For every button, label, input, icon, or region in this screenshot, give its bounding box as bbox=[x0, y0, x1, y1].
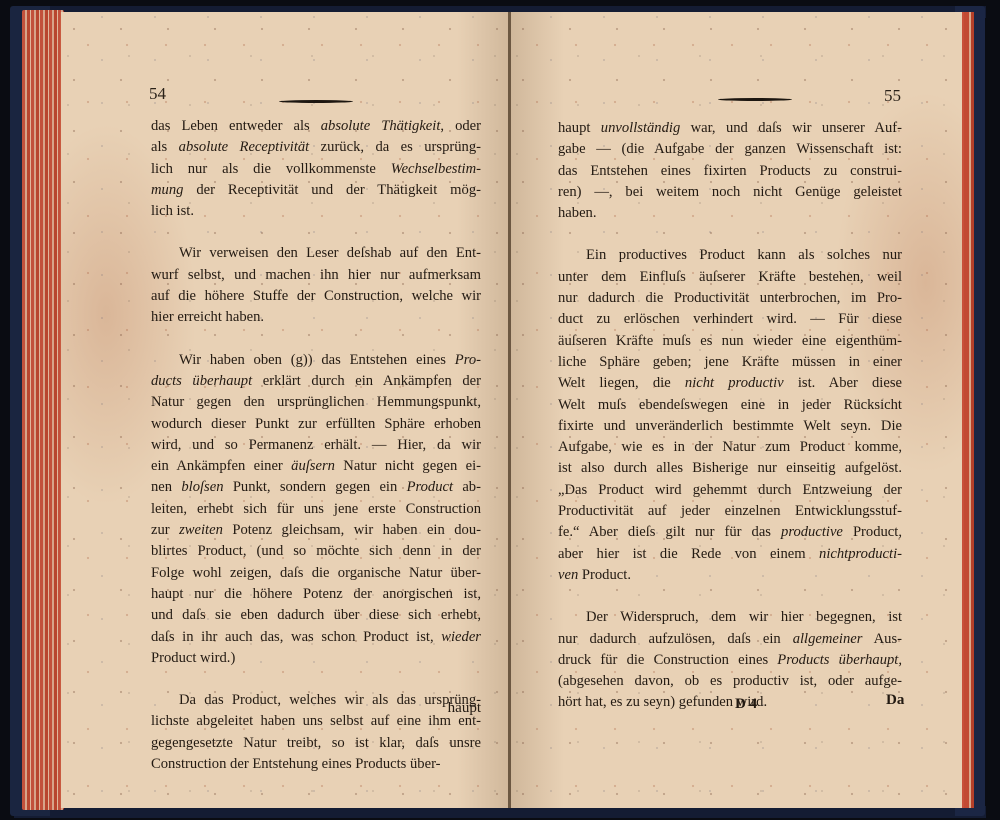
text-run: nur dadurch aufzulösen, daſs ein bbox=[558, 631, 793, 647]
text-run: äuſseren Kräfte muſs es nun wieder eine … bbox=[558, 333, 902, 349]
text-line: nur dadurch die Productivität unterbroch… bbox=[558, 288, 902, 309]
text-run: auf die höhere Stuffe der Construction, … bbox=[151, 288, 481, 304]
text-run: druck für die Construction eines bbox=[558, 652, 777, 668]
text-line: Natur gegen den ursprünglichen Hemmungsp… bbox=[151, 392, 481, 413]
text-run: gegengesetzte Natur treibt, so ist klar,… bbox=[151, 735, 481, 751]
text-line: gabe — (die Aufgabe der ganzen Wissensch… bbox=[558, 139, 902, 160]
paragraph: das Leben entweder als absolute Thätigke… bbox=[151, 116, 481, 222]
text-run: ist. Aber diese bbox=[784, 375, 902, 391]
text-run: lich ist. bbox=[151, 203, 194, 219]
text-run: wodurch dieser Punkt zur erfüllten Sphär… bbox=[151, 416, 481, 432]
text-run: nen bbox=[151, 479, 181, 495]
text-run: Welt muſs ebendeſswegen eine in jeder Rü… bbox=[558, 397, 902, 413]
text-line: daſs in ihr auch das, was schon Product … bbox=[151, 627, 481, 648]
paragraph: Der Widerspruch, dem wir hier begegnen, … bbox=[558, 607, 902, 713]
italic-run: bloſsen bbox=[181, 479, 223, 495]
text-run: leiten, erhebt sich für uns jene erste C… bbox=[151, 501, 481, 517]
text-line: aber hier ist die Rede von einem nichtpr… bbox=[558, 544, 902, 565]
text-run: Folge wohl zeigen, daſs die organische N… bbox=[151, 565, 481, 581]
text-line: Aufgabe, wie es in der Natur zum Product… bbox=[558, 437, 902, 458]
text-line: Folge wohl zeigen, daſs die organische N… bbox=[151, 563, 481, 584]
text-line: hier erreicht haben. bbox=[151, 307, 481, 328]
italic-run: Wechselbestim- bbox=[391, 161, 481, 177]
text-line: Construction der Entstehung eines Produc… bbox=[151, 754, 481, 775]
text-line: ist also durch alles Bisherige nur einse… bbox=[558, 458, 902, 479]
text-line: Product wird.) bbox=[151, 648, 481, 669]
text-run: Punkt, sondern gegen ein bbox=[224, 479, 407, 495]
catchword: Da bbox=[886, 692, 904, 709]
text-line: fixirte und unveränderlich bestimmte Wel… bbox=[558, 416, 902, 437]
italic-run: zweiten bbox=[179, 522, 223, 538]
text-run: ren) —, bei weitem noch nicht Genüge gel… bbox=[558, 184, 902, 200]
text-run: haupt bbox=[558, 120, 601, 136]
italic-run: absolute Thätigkeit bbox=[321, 118, 441, 134]
text-run: „Das Product wird gehemmt durch Entzweiu… bbox=[558, 482, 902, 498]
text-run: und daſs sie eben dadurch über diese sic… bbox=[151, 607, 481, 623]
header-rule bbox=[279, 100, 353, 103]
text-line: Ein productives Product kann als solches… bbox=[558, 245, 902, 266]
text-line: ven Product. bbox=[558, 565, 902, 586]
paragraph: Wir haben oben (g)) das Entstehen eines … bbox=[151, 350, 481, 669]
text-run: gabe — (die Aufgabe der ganzen Wissensch… bbox=[558, 141, 902, 157]
italic-run: ducts überhaupt bbox=[151, 373, 252, 389]
text-line: wodurch dieser Punkt zur erfüllten Sphär… bbox=[151, 414, 481, 435]
text-run: Wir haben oben (g)) das Entstehen eines bbox=[179, 352, 455, 368]
text-line: fe.“ Aber dieſs gilt nur für das product… bbox=[558, 522, 902, 543]
italic-run: productive bbox=[781, 524, 843, 540]
italic-run: Pro- bbox=[455, 352, 481, 368]
text-line: wurf selbst, und machen ihn hier nur auf… bbox=[151, 265, 481, 286]
text-line: haben. bbox=[558, 203, 902, 224]
text-run: aber hier ist die Rede von einem bbox=[558, 546, 819, 562]
italic-run: nichtproducti- bbox=[819, 546, 902, 562]
text-run: Product wird.) bbox=[151, 650, 235, 666]
left-page-text: das Leben entweder als absolute Thätigke… bbox=[151, 116, 481, 775]
text-line: „Das Product wird gehemmt durch Entzweiu… bbox=[558, 480, 902, 501]
text-line: mung der Receptivität und der Thätigkeit… bbox=[151, 180, 481, 201]
text-run: das Leben entweder als bbox=[151, 118, 321, 134]
left-page-header: 54 bbox=[61, 84, 511, 114]
text-line: ducts überhaupt erklärt durch ein Ankämp… bbox=[151, 371, 481, 392]
text-line: ren) —, bei weitem noch nicht Genüge gel… bbox=[558, 182, 902, 203]
text-run: Construction der Entstehung eines Produc… bbox=[151, 756, 441, 772]
book-scan: 54 das Leben entweder als absolute Thäti… bbox=[0, 0, 1000, 820]
text-run: Aus- bbox=[862, 631, 902, 647]
text-line: wird, und so Permanenz erhält. — Hier, d… bbox=[151, 435, 481, 456]
text-run: Natur nicht gegen ei- bbox=[335, 458, 481, 474]
italic-run: äuſsern bbox=[291, 458, 335, 474]
text-run: haben. bbox=[558, 205, 597, 221]
text-run: Product, bbox=[843, 524, 902, 540]
text-line: das Entstehen eines fixirten Products zu… bbox=[558, 161, 902, 182]
text-run: ab- bbox=[453, 479, 481, 495]
italic-run: Products überhaupt, bbox=[777, 652, 902, 668]
text-line: blirtes Product, (und so möchte sich den… bbox=[151, 541, 481, 562]
text-run: wurf selbst, und machen ihn hier nur auf… bbox=[151, 267, 481, 283]
text-run: fixirte und unveränderlich bestimmte Wel… bbox=[558, 418, 902, 434]
text-line: lich ist. bbox=[151, 201, 481, 222]
catchword: haupt bbox=[448, 700, 481, 716]
text-run: zurück, da es ursprüng- bbox=[309, 139, 481, 155]
text-run: ist also durch alles Bisherige nur einse… bbox=[558, 460, 902, 476]
text-run: nur dadurch die Productivität unterbroch… bbox=[558, 290, 902, 306]
text-run: der Receptivität und der Thätigkeit mög- bbox=[183, 182, 481, 198]
signature-mark: D 4 bbox=[735, 696, 757, 713]
text-run: liche Sphäre geben; jene Kräfte müssen i… bbox=[558, 354, 902, 370]
page-number: 55 bbox=[884, 86, 901, 106]
text-line: Welt muſs ebendeſswegen eine in jeder Rü… bbox=[558, 395, 902, 416]
paragraph: haupt unvollständig war, und daſs wir un… bbox=[558, 118, 902, 224]
text-run: duct zu erlöschen verhindert wird. — Für… bbox=[558, 311, 902, 327]
text-run: ein Ankämpfen einer bbox=[151, 458, 291, 474]
right-page: 55 haupt unvollständig war, und daſs wir… bbox=[510, 12, 964, 808]
text-run: daſs in ihr auch das, was schon Product … bbox=[151, 629, 441, 645]
text-line: Der Widerspruch, dem wir hier begegnen, … bbox=[558, 607, 902, 628]
text-line: als absolute Receptivität zurück, da es … bbox=[151, 137, 481, 158]
text-run: Wir verweisen den Leser deſshab auf den … bbox=[179, 245, 481, 261]
text-run: Welt liegen, die bbox=[558, 375, 685, 391]
text-run: das Entstehen eines fixirten Products zu… bbox=[558, 163, 902, 179]
text-line: nur dadurch aufzulösen, daſs ein allgeme… bbox=[558, 629, 902, 650]
header-rule bbox=[718, 98, 792, 101]
page-number: 54 bbox=[149, 84, 166, 104]
text-run: Der Widerspruch, dem wir hier begegnen, … bbox=[586, 609, 902, 625]
red-page-edges-left bbox=[22, 10, 64, 810]
italic-run: allgemeiner bbox=[793, 631, 863, 647]
text-run: (abgesehen davon, ob es productiv ist, o… bbox=[558, 673, 902, 689]
right-page-text: haupt unvollständig war, und daſs wir un… bbox=[558, 118, 902, 714]
paragraph: Ein productives Product kann als solches… bbox=[558, 245, 902, 586]
text-run: Ein productives Product kann als solches… bbox=[586, 247, 902, 263]
italic-run: ven bbox=[558, 567, 578, 583]
text-run: lich nur als die vollkommenste bbox=[151, 161, 391, 177]
text-line: (abgesehen davon, ob es productiv ist, o… bbox=[558, 671, 902, 692]
book-gutter bbox=[508, 12, 511, 808]
text-run: fe.“ Aber dieſs gilt nur für das bbox=[558, 524, 781, 540]
italic-run: wieder bbox=[441, 629, 481, 645]
text-run: Natur gegen den ursprünglichen Hemmungsp… bbox=[151, 394, 481, 410]
text-run: , oder bbox=[440, 118, 481, 134]
italic-run: nicht productiv bbox=[685, 375, 784, 391]
italic-run: mung bbox=[151, 182, 183, 198]
text-line: das Leben entweder als absolute Thätigke… bbox=[151, 116, 481, 137]
text-run: haupt nur die höhere Potenz der anorgisc… bbox=[151, 586, 481, 602]
text-line: Welt liegen, die nicht productiv ist. Ab… bbox=[558, 373, 902, 394]
text-line: und daſs sie eben dadurch über diese sic… bbox=[151, 605, 481, 626]
text-run: wird, und so Permanenz erhält. — Hier, d… bbox=[151, 437, 481, 453]
text-line: duct zu erlöschen verhindert wird. — Für… bbox=[558, 309, 902, 330]
paragraph: Wir verweisen den Leser deſshab auf den … bbox=[151, 243, 481, 328]
text-run: erklärt durch ein Ankämpfen der bbox=[252, 373, 481, 389]
text-line: zur zweiten Potenz gleichsam, wir haben … bbox=[151, 520, 481, 541]
text-run: blirtes Product, (und so möchte sich den… bbox=[151, 543, 481, 559]
text-run: zur bbox=[151, 522, 179, 538]
italic-run: Product bbox=[407, 479, 453, 495]
text-run: Product. bbox=[578, 567, 631, 583]
text-line: gegengesetzte Natur treibt, so ist klar,… bbox=[151, 733, 481, 754]
text-line: Productivität auf jeder einzelnen Entwic… bbox=[558, 501, 902, 522]
text-run: Productivität auf jeder einzelnen Entwic… bbox=[558, 503, 902, 519]
text-run: Aufgabe, wie es in der Natur zum Product… bbox=[558, 439, 902, 455]
left-page: 54 das Leben entweder als absolute Thäti… bbox=[60, 12, 511, 808]
text-line: Wir haben oben (g)) das Entstehen eines … bbox=[151, 350, 481, 371]
text-line: auf die höhere Stuffe der Construction, … bbox=[151, 286, 481, 307]
text-line: Wir verweisen den Leser deſshab auf den … bbox=[151, 243, 481, 264]
text-line: lich nur als die vollkommenste Wechselbe… bbox=[151, 159, 481, 180]
text-run: als bbox=[151, 139, 179, 155]
text-line: unter dem Einfluſs äuſserer Kräfte beste… bbox=[558, 267, 902, 288]
text-run: hier erreicht haben. bbox=[151, 309, 264, 325]
italic-run: absolute Receptivität bbox=[179, 139, 310, 155]
italic-run: unvollständig bbox=[601, 120, 680, 136]
right-page-header: 55 bbox=[510, 84, 962, 114]
text-line: hört hat, es zu seyn) gefunden wird. bbox=[558, 692, 902, 713]
text-line: leiten, erhebt sich für uns jene erste C… bbox=[151, 499, 481, 520]
text-line: haupt nur die höhere Potenz der anorgisc… bbox=[151, 584, 481, 605]
text-line: liche Sphäre geben; jene Kräfte müssen i… bbox=[558, 352, 902, 373]
text-line: druck für die Construction eines Product… bbox=[558, 650, 902, 671]
text-run: unter dem Einfluſs äuſserer Kräfte beste… bbox=[558, 269, 902, 285]
text-line: nen bloſsen Punkt, sondern gegen ein Pro… bbox=[151, 477, 481, 498]
text-run: war, und daſs wir unserer Auf- bbox=[680, 120, 902, 136]
text-line: ein Ankämpfen einer äuſsern Natur nicht … bbox=[151, 456, 481, 477]
text-run: Potenz gleichsam, wir haben ein dou- bbox=[223, 522, 481, 538]
text-line: äuſseren Kräfte muſs es nun wieder eine … bbox=[558, 331, 902, 352]
text-line: haupt unvollständig war, und daſs wir un… bbox=[558, 118, 902, 139]
